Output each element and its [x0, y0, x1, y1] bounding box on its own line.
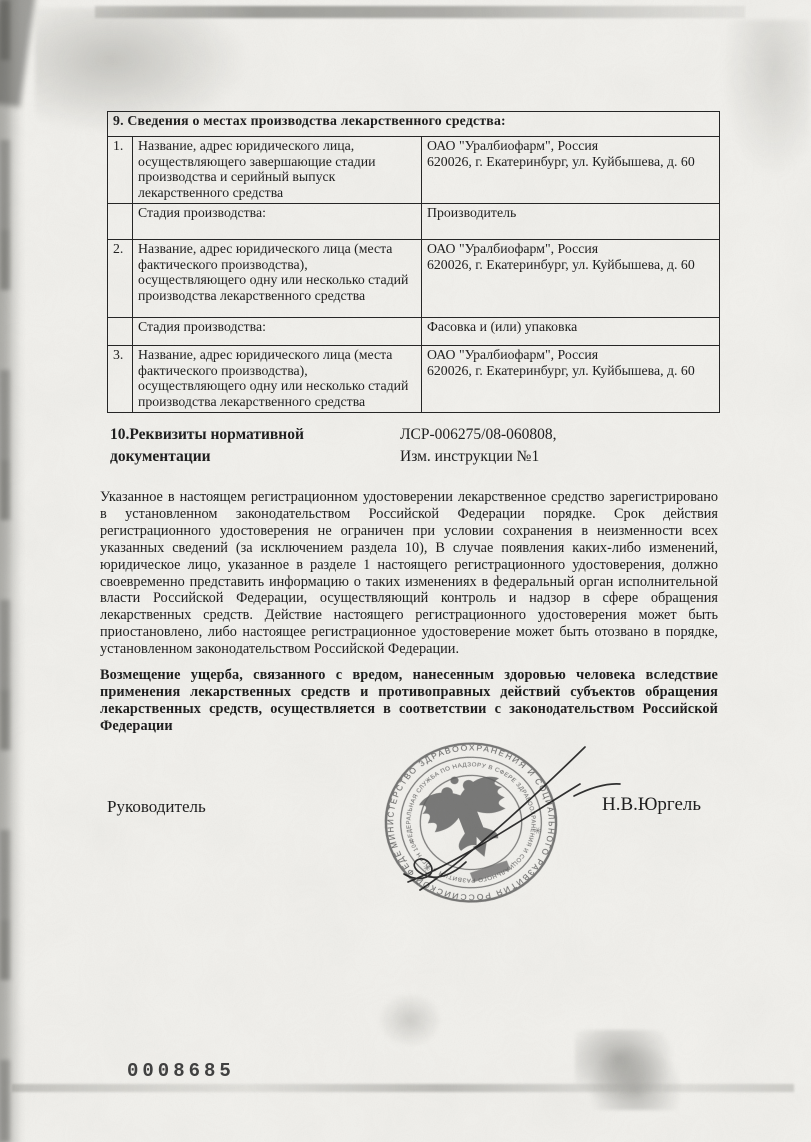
scanned-document-page: 9. Сведения о местах производства лекарс…	[0, 0, 811, 1142]
scan-blot-bottom-middle	[375, 990, 445, 1050]
signatory-role: Руководитель	[107, 797, 206, 817]
section-10-heading: 10.Реквизиты нормативной документации	[110, 424, 400, 467]
row-label: Название, адрес юридического лица (места…	[133, 239, 422, 317]
table-row: Стадия производства: Фасовка и (или) упа…	[108, 317, 720, 345]
row-number: 1.	[108, 137, 133, 204]
signatory-name: Н.В.Юргель	[602, 794, 701, 816]
table-row: 3. Название, адрес юридического лица (ме…	[108, 345, 720, 412]
legal-paragraph-1: Указанное в настоящем регистрационном уд…	[100, 489, 718, 658]
table-row: 2. Название, адрес юридического лица (ме…	[108, 239, 720, 317]
row-number	[108, 203, 133, 239]
scan-blot-top-right	[720, 20, 810, 180]
table-row: 1. Название, адрес юридического лица, ос…	[108, 137, 720, 204]
table-header-row: 9. Сведения о местах производства лекарс…	[108, 112, 720, 137]
row-number	[108, 317, 133, 345]
table-title: 9. Сведения о местах производства лекарс…	[108, 112, 720, 137]
section-10: 10.Реквизиты нормативной документации ЛС…	[110, 424, 718, 467]
scan-bottom-smudge	[12, 1084, 794, 1092]
row-number: 2.	[108, 239, 133, 317]
row-value: Производитель	[422, 203, 720, 239]
row-value: ОАО "Уралбиофарм", Россия 620026, г. Ека…	[422, 345, 720, 412]
row-label: Название, адрес юридического лица, осуще…	[133, 137, 422, 204]
legal-paragraph-2: Возмещение ущерба, связанного с вредом, …	[100, 667, 718, 735]
row-value: ОАО "Уралбиофарм", Россия 620026, г. Ека…	[422, 137, 720, 204]
official-round-stamp: МИНИСТЕРСТВО ЗДРАВООХРАНЕНИЯ И СОЦИАЛЬНО…	[381, 739, 561, 906]
row-label: Стадия производства:	[133, 317, 422, 345]
row-number: 3.	[108, 345, 133, 412]
form-serial-number: 0008685	[127, 1060, 235, 1082]
table-title-text: 9. Сведения о местах производства лекарс…	[113, 113, 506, 128]
scan-blot-bottom-right	[575, 1030, 685, 1110]
scan-corner-mark	[0, 0, 36, 107]
row-label: Название, адрес юридического лица (места…	[133, 345, 422, 412]
section-10-value: ЛСР-006275/08-060808, Изм. инструкции №1	[400, 424, 556, 467]
production-sites-table: 9. Сведения о местах производства лекарс…	[107, 111, 720, 413]
table-row: Стадия производства: Производитель	[108, 203, 720, 239]
row-value: ОАО "Уралбиофарм", Россия 620026, г. Ека…	[422, 239, 720, 317]
row-value: Фасовка и (или) упаковка	[422, 317, 720, 345]
scan-left-edge-shadow	[0, 0, 26, 1142]
row-label: Стадия производства:	[133, 203, 422, 239]
